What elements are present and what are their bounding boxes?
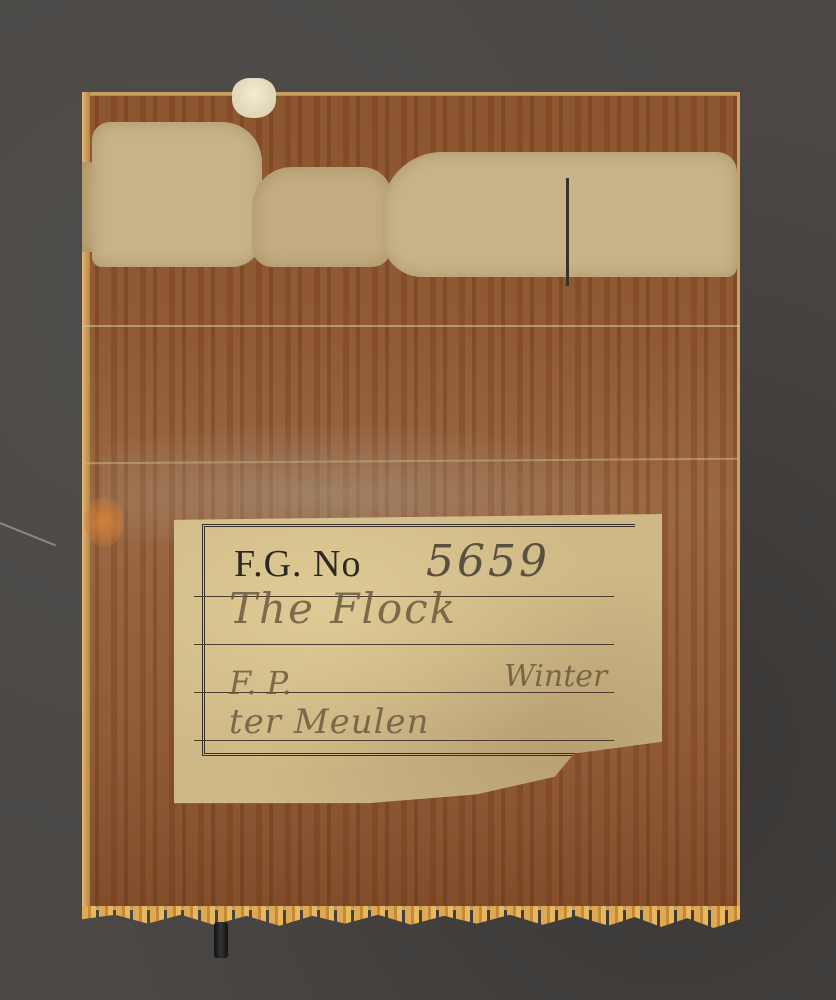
label-season: Winter bbox=[504, 659, 607, 694]
collection-label: F.G. No 5659 The Flock F. P. Winter ter … bbox=[174, 514, 662, 806]
nail-head bbox=[232, 78, 276, 118]
label-border-right bbox=[566, 178, 569, 286]
metal-hanger bbox=[214, 922, 228, 958]
gesso-residue bbox=[252, 167, 392, 267]
label-rule bbox=[194, 644, 614, 645]
gesso-residue bbox=[92, 122, 262, 267]
wood-stain bbox=[84, 497, 124, 547]
wooden-panel: F.G. No 5659 The Flock F. P. Winter ter … bbox=[82, 92, 740, 910]
label-printed-prefix: F.G. No bbox=[234, 542, 361, 586]
tape-edge bbox=[82, 325, 740, 327]
gesso-residue bbox=[382, 152, 737, 277]
felt-crease bbox=[0, 522, 56, 546]
splintered-edge bbox=[82, 906, 740, 928]
label-artist-initials: F. P. bbox=[229, 664, 292, 702]
label-title: The Flock bbox=[229, 584, 457, 633]
label-number: 5659 bbox=[426, 536, 550, 587]
label-artist: ter Meulen bbox=[229, 702, 430, 742]
